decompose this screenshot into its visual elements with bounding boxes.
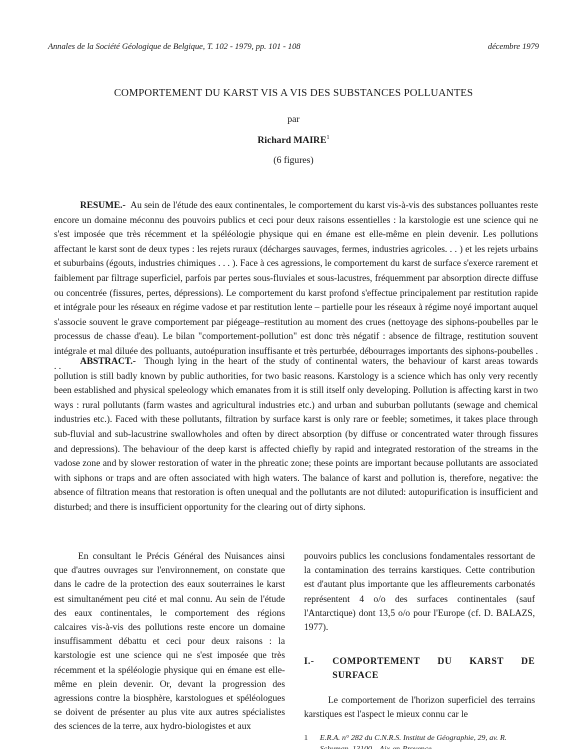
resume-section: RESUME.- Au sein de l'étude des eaux con…: [54, 199, 538, 374]
abstract-text: Though lying in the heart of the study o…: [54, 357, 538, 513]
body-column-left: En consultant le Précis Général des Nuis…: [54, 550, 285, 735]
author: Richard MAIRE1: [0, 135, 587, 146]
resume-lead: RESUME.-: [80, 201, 126, 211]
author-footnote-mark: 1: [327, 135, 330, 141]
running-head: Annales de la Société Géologique de Belg…: [48, 42, 539, 51]
footnote-mark: 1: [304, 732, 308, 749]
body-column-right: pouvoirs publics les conclusions fondame…: [304, 550, 535, 749]
footnote: 1 E.R.A. n° 282 du C.N.R.S. Institut de …: [304, 732, 535, 749]
author-name: Richard MAIRE: [257, 135, 326, 146]
journal-citation: Annales de la Société Géologique de Belg…: [48, 42, 300, 51]
abstract-section: ABSTRACT.- Though lying in the heart of …: [54, 355, 538, 516]
issue-date: décembre 1979: [488, 42, 539, 51]
section-paragraph: Le comportement de l'horizon superficiel…: [304, 694, 535, 722]
intro-paragraph-continued: pouvoirs publics les conclusions fondame…: [304, 550, 535, 635]
section-title: COMPORTEMENT DU KARST DE SURFACE: [332, 655, 535, 683]
paper-title: COMPORTEMENT DU KARST VIS A VIS DES SUBS…: [0, 88, 587, 99]
footnote-text: E.R.A. n° 282 du C.N.R.S. Institut de Gé…: [320, 732, 535, 749]
section-number: I.-: [304, 655, 314, 683]
by-line: par: [0, 114, 587, 125]
figures-note: (6 figures): [0, 155, 587, 166]
abstract-lead: ABSTRACT.-: [80, 357, 136, 367]
resume-text: Au sein de l'étude des eaux continentale…: [54, 201, 538, 372]
intro-paragraph: En consultant le Précis Général des Nuis…: [54, 550, 285, 735]
section-heading: I.- COMPORTEMENT DU KARST DE SURFACE: [304, 655, 535, 683]
